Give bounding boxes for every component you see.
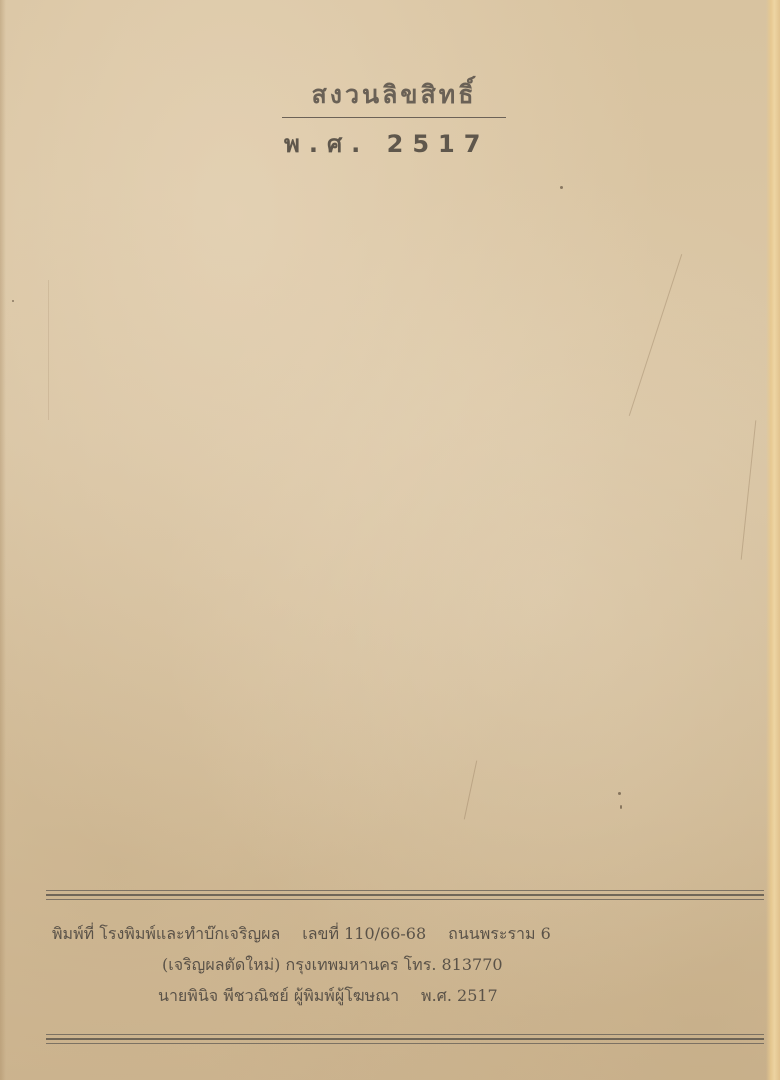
paper-crease	[629, 254, 682, 416]
rule-line	[46, 890, 764, 891]
copyright-title: สงวนลิขสิทธิ์	[282, 76, 506, 114]
ink-speck	[620, 805, 622, 809]
printer-branch: (เจริญผลตัดใหม่)	[162, 955, 280, 974]
colophon-line-publisher: นายพินิจ พีชวณิชย์ ผู้พิมพ์ผู้โฆษณาพ.ศ. …	[46, 980, 766, 1011]
rule-line	[46, 899, 764, 900]
aged-paper-page: สงวนลิขสิทธิ์ พ.ศ. 2517 พิมพ์ที่ โรงพิมพ…	[0, 0, 780, 1080]
colophon-top-rules	[46, 890, 764, 903]
printer-address-number: เลขที่ 110/66-68	[302, 924, 426, 943]
ink-speck	[618, 792, 621, 795]
paper-crease	[464, 761, 477, 820]
publisher-role: ผู้พิมพ์ผู้โฆษณา	[294, 986, 399, 1005]
ink-speck	[560, 186, 563, 189]
header-divider	[282, 117, 506, 118]
printer-phone: โทร. 813770	[404, 955, 503, 974]
rule-line	[46, 894, 764, 896]
printer-road: ถนนพระราม 6	[448, 924, 551, 943]
ink-speck	[12, 300, 14, 302]
copyright-year: พ.ศ. 2517	[282, 128, 506, 160]
rule-line	[46, 1038, 764, 1040]
copyright-header: สงวนลิขสิทธิ์ พ.ศ. 2517	[282, 76, 506, 160]
printer-colophon: พิมพ์ที่ โรงพิมพ์และทำบ๊กเจริญผลเลขที่ 1…	[46, 918, 766, 1011]
paper-crease	[48, 280, 49, 420]
rule-line	[46, 1034, 764, 1035]
colophon-line-location: (เจริญผลตัดใหม่) กรุงเทพมหานคร โทร. 8137…	[46, 949, 766, 980]
printer-name: พิมพ์ที่ โรงพิมพ์และทำบ๊กเจริญผล	[52, 924, 280, 943]
publisher-name: นายพินิจ พีชวณิชย์	[158, 986, 289, 1005]
page-left-edge	[0, 0, 6, 1080]
colophon-bottom-rules	[46, 1034, 764, 1047]
page-right-edge	[766, 0, 780, 1080]
publication-year: พ.ศ. 2517	[421, 986, 498, 1005]
paper-crease	[741, 420, 757, 559]
printer-city: กรุงเทพมหานคร	[286, 955, 399, 974]
rule-line	[46, 1043, 764, 1044]
colophon-line-printer: พิมพ์ที่ โรงพิมพ์และทำบ๊กเจริญผลเลขที่ 1…	[46, 918, 766, 949]
